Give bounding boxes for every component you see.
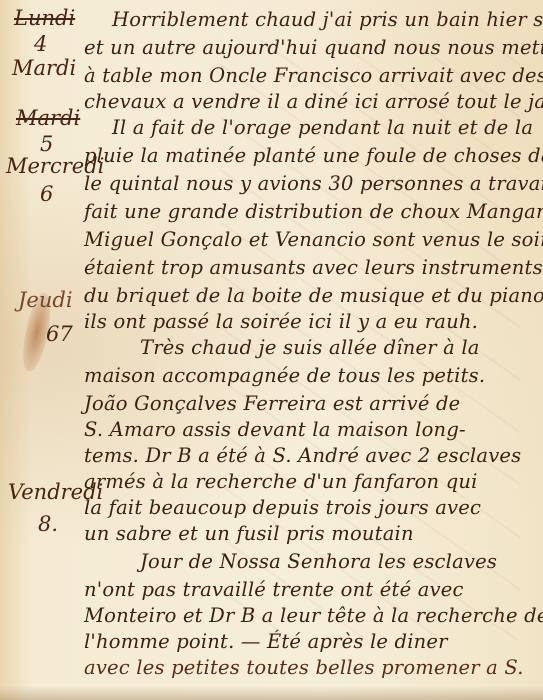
text-line: ils ont passé la soirée ici il y a eu ra… xyxy=(84,312,478,332)
text-line: Jour de Nossa Senhora les esclaves xyxy=(140,552,497,572)
margin-day-mardi: Mardi xyxy=(12,58,76,79)
text-line: le quintal nous y avions 30 personnes a … xyxy=(84,174,543,194)
text-line: armés à la recherche d'un fanfaron qui xyxy=(84,472,478,492)
text-line: Horriblement chaud j'ai pris un bain hie… xyxy=(112,10,543,30)
margin-date-6: 6 xyxy=(40,184,53,205)
margin-date-5: 5 xyxy=(40,134,53,155)
text-line: João Gonçalves Ferreira est arrivé de xyxy=(84,394,460,414)
margin-date-4: 4 xyxy=(34,34,47,55)
text-line: chevaux a vendre il a diné ici arrosé to… xyxy=(84,92,543,112)
text-line: la fait beaucoup depuis trois jours avec xyxy=(84,498,481,518)
text-line: avec les petites toutes belles promener … xyxy=(84,658,524,678)
margin-day-mardi-struck: Mardi xyxy=(16,108,80,129)
text-line: un sabre et un fusil pris moutain xyxy=(84,524,414,544)
margin-day-lundi-struck: Lundi xyxy=(14,8,75,29)
text-line: Miguel Gonçalo et Venancio sont venus le… xyxy=(84,230,543,250)
text-line: à table mon Oncle Francisco arrivait ave… xyxy=(84,66,543,86)
text-line: S. Amaro assis devant la maison long- xyxy=(84,420,466,440)
text-line: et un autre aujourd'hui quand nous nous … xyxy=(84,38,543,58)
text-line: fait une grande distribution de choux Ma… xyxy=(84,202,543,222)
margin-date-8: 8. xyxy=(38,514,58,535)
text-line: étaient trop amusants avec leurs instrum… xyxy=(84,258,543,278)
text-line: maison accompagnée de tous les petits. xyxy=(84,366,485,386)
text-line: n'ont pas travaillé trente ont été avec xyxy=(84,580,464,600)
text-line: Monteiro et Dr B a leur tête à la recher… xyxy=(84,606,543,626)
margin-day-jeudi: Jeudi xyxy=(18,290,73,311)
text-line: Il a fait de l'orage pendant la nuit et … xyxy=(112,118,533,138)
text-line: Très chaud je suis allée dîner à la xyxy=(140,338,480,358)
margin-date-67: 67 xyxy=(46,324,73,345)
text-line: du briquet de la boite de musique et du … xyxy=(84,286,543,306)
manuscript-page: Lundi 4 Mardi Mardi 5 Mercredi 6 Jeudi 6… xyxy=(0,0,543,700)
text-line: pluie la matinée planté une foule de cho… xyxy=(84,146,543,166)
text-line: tems. Dr B a été à S. André avec 2 escla… xyxy=(84,446,521,466)
text-line: l'homme point. — Été après le diner xyxy=(84,632,448,652)
